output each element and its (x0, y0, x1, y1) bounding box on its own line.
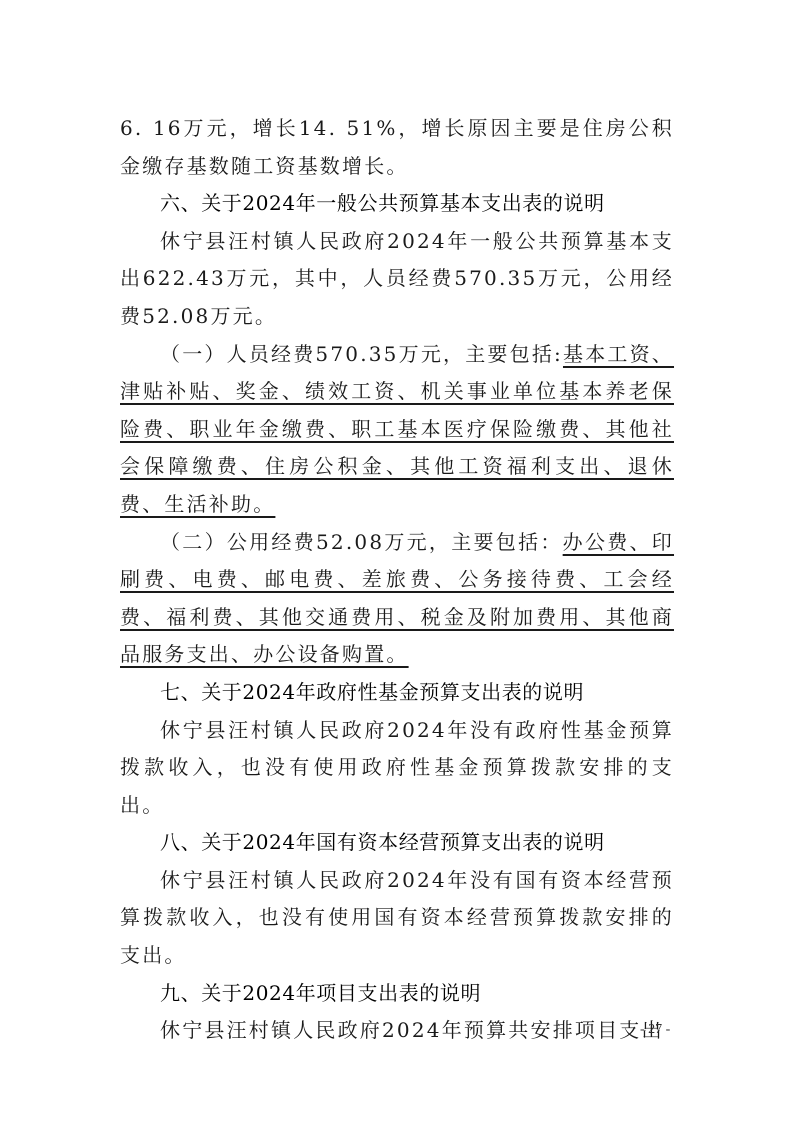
section-heading-6: 六、关于2024年一般公共预算基本支出表的说明 (120, 185, 674, 223)
public-expenses-lead: （二）公用经费52.08万元，主要包括： (160, 530, 563, 554)
section-heading-7: 七、关于2024年政府性基金预算支出表的说明 (120, 674, 674, 712)
document-page: 6. 16万元，增长14. 51%，增长原因主要是住房公积金缴存基数随工资基数增… (0, 0, 793, 1122)
document-body: 6. 16万元，增长14. 51%，增长原因主要是住房公积金缴存基数随工资基数增… (120, 110, 674, 1050)
personnel-expenses-items: 基本工资、津贴补贴、奖金、绩效工资、机关事业单位基本养老保险费、职业年金缴费、职… (120, 342, 674, 516)
paragraph-basic-expenditure-total: 休宁县汪村镇人民政府2024年一般公共预算基本支出622.43万元，其中，人员经… (120, 223, 674, 336)
section-heading-8: 八、关于2024年国有资本经营预算支出表的说明 (120, 824, 674, 862)
paragraph-housing-fund-growth: 6. 16万元，增长14. 51%，增长原因主要是住房公积金缴存基数随工资基数增… (120, 110, 674, 185)
page-number: - 27 - (640, 1022, 670, 1038)
paragraph-public-expenses: （二）公用经费52.08万元，主要包括：办公费、印刷费、电费、邮电费、差旅费、公… (120, 524, 674, 674)
personnel-expenses-lead: （一）人员经费570.35万元，主要包括: (160, 342, 563, 366)
paragraph-government-fund: 休宁县汪村镇人民政府2024年没有政府性基金预算拨款收入，也没有使用政府性基金预… (120, 712, 674, 825)
paragraph-state-capital: 休宁县汪村镇人民政府2024年没有国有资本经营预算拨款收入，也没有使用国有资本经… (120, 862, 674, 975)
paragraph-personnel-expenses: （一）人员经费570.35万元，主要包括:基本工资、津贴补贴、奖金、绩效工资、机… (120, 336, 674, 524)
paragraph-project-expenditure: 休宁县汪村镇人民政府2024年预算共安排项目支出 (120, 1012, 674, 1050)
section-heading-9: 九、关于2024年项目支出表的说明 (120, 975, 674, 1013)
